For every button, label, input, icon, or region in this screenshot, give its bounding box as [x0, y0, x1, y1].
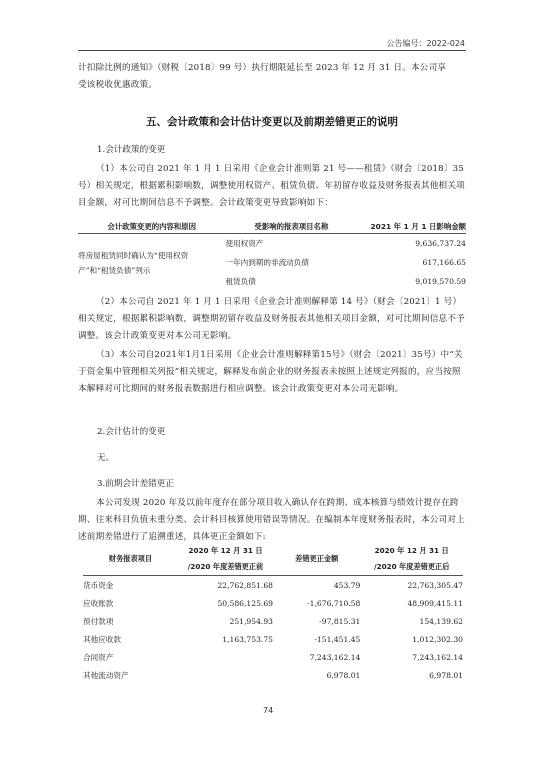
item-name: 其他流动资产: [83, 666, 178, 684]
item-name: 货币资金: [83, 576, 178, 595]
col-header-item: 财务报表项目: [83, 543, 178, 576]
adjust-value: 453.79: [273, 576, 360, 595]
after-value: 1,012,302.30: [360, 630, 463, 648]
col-header-item: 受影响的报表项目名称: [225, 219, 357, 234]
error-correction-table: 财务报表项目 2020 年 12 月 31 日 /2020 年度差错更正前 差错…: [83, 543, 463, 684]
table-row: 合同资产 7,243,162.14 7,243,162.14: [83, 648, 463, 666]
subsection-1-title: 1.会计政策的变更: [97, 143, 165, 155]
impact-amount: 9,019,570.59: [357, 272, 466, 291]
adjust-value: 7,243,162.14: [273, 648, 360, 666]
table-row: 将房屋租赁同时确认为“使用权资产”和“租赁负债”列示 使用权资产 9,636,7…: [78, 234, 466, 254]
page-number: 74: [263, 706, 273, 715]
after-value: 7,243,162.14: [360, 648, 463, 666]
col-header-reason: 会计政策变更的内容和原因: [78, 219, 225, 234]
adjust-value: -151,451.45: [273, 630, 360, 648]
item-name: 其他应收款: [83, 630, 178, 648]
col-header-adjust: 差错更正金额: [273, 543, 360, 576]
affected-item: 一年内到期的非流动负债: [225, 253, 357, 272]
table-row: 其他应收款 1,163,753.75 -151,451.45 1,012,302…: [83, 630, 463, 648]
section-title: 五、会计政策和会计估计变更以及前期差错更正的说明: [78, 114, 466, 129]
table-header-row: 会计政策变更的内容和原因 受影响的报表项目名称 2021 年 1 月 1 日影响…: [78, 219, 466, 234]
after-value: 48,909,415.11: [360, 594, 463, 612]
before-value: 251,954.93: [178, 612, 273, 630]
table-header-row: 财务报表项目 2020 年 12 月 31 日 /2020 年度差错更正前 差错…: [83, 543, 463, 576]
impact-amount: 617,166.65: [357, 253, 466, 272]
col-header-before: 2020 年 12 月 31 日 /2020 年度差错更正前: [178, 543, 273, 576]
col-header-amount: 2021 年 1 月 1 日影响金额: [357, 219, 466, 234]
subsection-2-body: 无。: [97, 451, 114, 463]
affected-item: 使用权资产: [225, 234, 357, 254]
subsection-2-title: 2.会计估计的变更: [97, 425, 165, 437]
after-value: 6,978.01: [360, 666, 463, 684]
subsection-3-title: 3.前期会计差错更正: [97, 477, 174, 489]
before-value: [178, 648, 273, 666]
item-name: 合同资产: [83, 648, 178, 666]
paragraph-4: 本公司发现 2020 年及以前年度存在部分项目收入确认存在跨期、成本核算与绩效计…: [78, 495, 466, 546]
intro-line-2: 受该税收优惠政策。: [78, 77, 466, 94]
paragraph-2: （2）本公司自 2021 年 1 月 1 日采用《企业会计准则解释第 14 号》…: [78, 294, 466, 345]
before-value: 22,762,851.68: [178, 576, 273, 595]
document-number: 公告编号：2022-024: [386, 38, 465, 49]
item-name: 应收账款: [83, 594, 178, 612]
header-divider: [78, 50, 466, 51]
table-row: 应收账款 50,586,125.69 -1,676,710.58 48,909,…: [83, 594, 463, 612]
intro-paragraph: 计扣除比例的通知》（财税〔2018〕99 号）执行期限延长至 2023 年 12…: [78, 60, 466, 94]
intro-line-1: 计扣除比例的通知》（财税〔2018〕99 号）执行期限延长至 2023 年 12…: [78, 60, 466, 77]
before-value: 1,163,753.75: [178, 630, 273, 648]
adjust-value: -97,815.31: [273, 612, 360, 630]
affected-item: 租赁负债: [225, 272, 357, 291]
item-name: 预付款项: [83, 612, 178, 630]
paragraph-3: （3）本公司自2021年1月1日采用《企业会计准则解释第15号》（财会〔2021…: [78, 347, 466, 398]
paragraph-1: （1）本公司自 2021 年 1 月 1 日采用《企业会计准则第 21 号——租…: [78, 161, 466, 212]
adjust-value: -1,676,710.58: [273, 594, 360, 612]
adjust-value: 6,978.01: [273, 666, 360, 684]
table-row: 其他流动资产 6,978.01 6,978.01: [83, 666, 463, 684]
col-header-after: 2020 年 12 月 31 日 /2020 年度差错更正后: [360, 543, 463, 576]
table-row: 预付款项 251,954.93 -97,815.31 154,139.62: [83, 612, 463, 630]
table-row: 货币资金 22,762,851.68 453.79 22,763,305.47: [83, 576, 463, 595]
impact-amount: 9,636,737.24: [357, 234, 466, 254]
change-reason: 将房屋租赁同时确认为“使用权资产”和“租赁负债”列示: [78, 234, 225, 292]
after-value: 154,139.62: [360, 612, 463, 630]
after-value: 22,763,305.47: [360, 576, 463, 595]
before-value: [178, 666, 273, 684]
policy-change-table: 会计政策变更的内容和原因 受影响的报表项目名称 2021 年 1 月 1 日影响…: [78, 219, 466, 291]
before-value: 50,586,125.69: [178, 594, 273, 612]
